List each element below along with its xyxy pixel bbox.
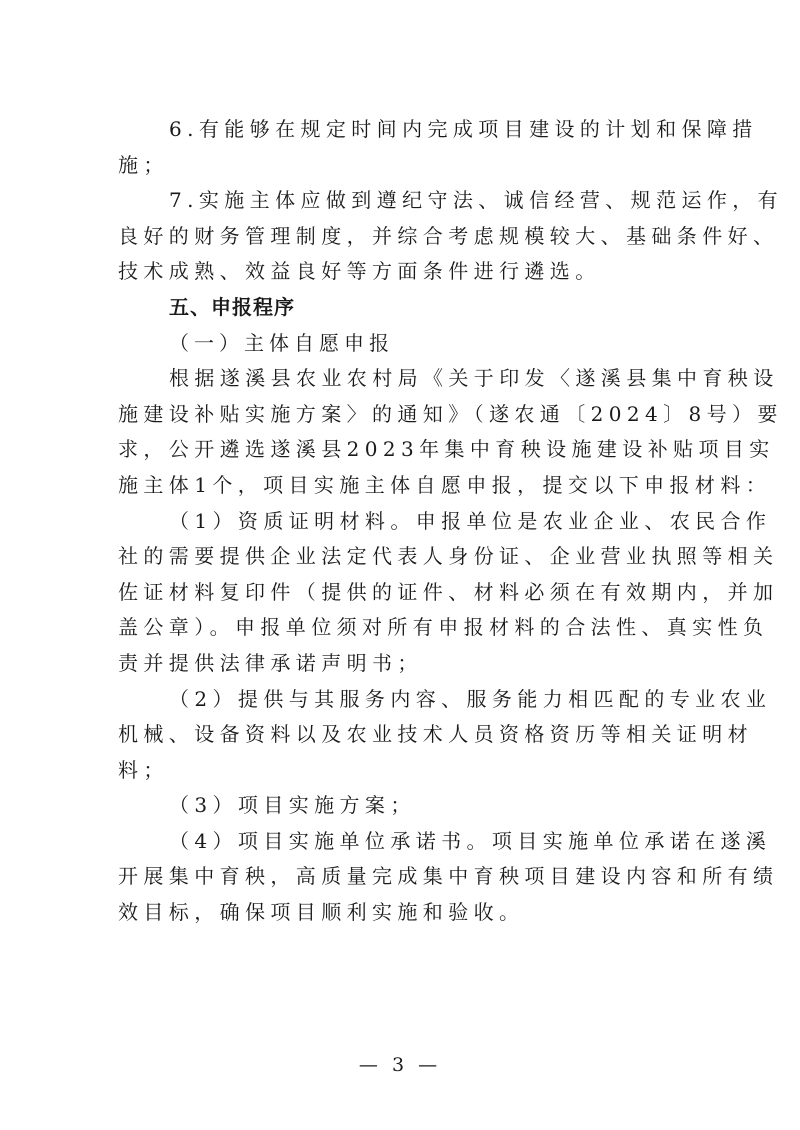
list-item-1-line: （1）资质证明材料。申报单位是农业企业、农民合作 — [118, 504, 684, 540]
paragraph-line: 施主体1个，项目实施主体自愿申报，提交以下申报材料： — [118, 468, 684, 504]
text-line-item-6-part2: 施； — [118, 148, 684, 184]
text-line-item-7-part1: 7.实施主体应做到遵纪守法、诚信经营、规范运作，有 — [118, 183, 684, 219]
list-item-1-line: 佐证材料复印件（提供的证件、材料必须在有效期内，并加 — [118, 575, 684, 611]
list-item-1-line: 责并提供法律承诺声明书； — [118, 646, 684, 682]
list-item-1-line: 社的需要提供企业法定代表人身份证、企业营业执照等相关 — [118, 539, 684, 575]
paragraph-line: 施建设补贴实施方案〉的通知》（遂农通〔2024〕8号）要 — [118, 397, 684, 433]
subsection-heading: （一）主体自愿申报 — [118, 326, 684, 362]
paragraph-line: 求，公开遴选遂溪县2023年集中育秧设施建设补贴项目实 — [118, 432, 684, 468]
list-item-4-line: （4）项目实施单位承诺书。项目实施单位承诺在遂溪 — [118, 824, 684, 860]
text-line-item-7-part2: 良好的财务管理制度，并综合考虑规模较大、基础条件好、 — [118, 219, 684, 255]
text-line-item-6-part1: 6.有能够在规定时间内完成项目建设的计划和保障措 — [118, 112, 684, 148]
list-item-2-line: 机械、设备资料以及农业技术人员资格资历等相关证明材 — [118, 717, 684, 753]
text-line-item-7-part3: 技术成熟、效益良好等方面条件进行遴选。 — [118, 254, 684, 290]
section-heading: 五、申报程序 — [118, 290, 684, 326]
document-page: 6.有能够在规定时间内完成项目建设的计划和保障措 施； 7.实施主体应做到遵纪守… — [118, 112, 684, 931]
paragraph-line: 根据遂溪县农业农村局《关于印发〈遂溪县集中育秧设 — [118, 361, 684, 397]
list-item-1-line: 盖公章）。申报单位须对所有申报材料的合法性、真实性负 — [118, 610, 684, 646]
list-item-4-line: 效目标，确保项目顺利实施和验收。 — [118, 895, 684, 931]
list-item-3-line: （3）项目实施方案； — [118, 788, 684, 824]
list-item-2-line: （2）提供与其服务内容、服务能力相匹配的专业农业 — [118, 682, 684, 718]
list-item-4-line: 开展集中育秧，高质量完成集中育秧项目建设内容和所有绩 — [118, 859, 684, 895]
page-number: — 3 — — [0, 1054, 800, 1076]
list-item-2-line: 料； — [118, 753, 684, 789]
